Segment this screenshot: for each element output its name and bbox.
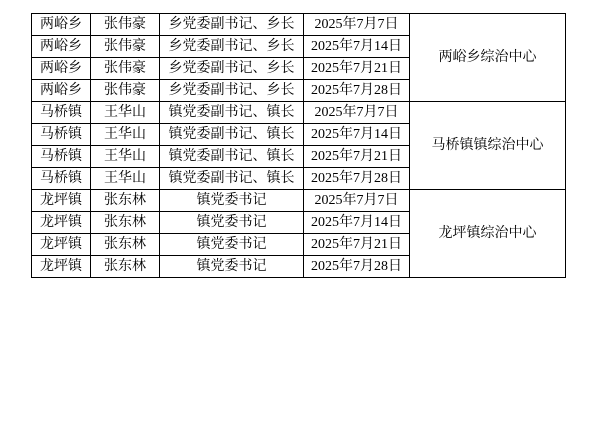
cell-town: 马桥镇 xyxy=(32,102,91,124)
cell-position: 镇党委副书记、镇长 xyxy=(160,102,304,124)
cell-date: 2025年7月28日 xyxy=(304,168,410,190)
cell-position: 乡党委副书记、乡长 xyxy=(160,80,304,102)
cell-position: 镇党委副书记、镇长 xyxy=(160,168,304,190)
cell-position: 乡党委副书记、乡长 xyxy=(160,36,304,58)
cell-center: 两峪乡综治中心 xyxy=(410,14,566,102)
cell-town: 马桥镇 xyxy=(32,124,91,146)
cell-person: 王华山 xyxy=(91,146,160,168)
cell-position: 镇党委副书记、镇长 xyxy=(160,146,304,168)
table-row: 两峪乡 张伟豪 乡党委副书记、乡长 2025年7月7日 两峪乡综治中心 xyxy=(32,14,566,36)
cell-date: 2025年7月14日 xyxy=(304,124,410,146)
cell-town: 两峪乡 xyxy=(32,14,91,36)
cell-position: 镇党委副书记、镇长 xyxy=(160,124,304,146)
cell-date: 2025年7月14日 xyxy=(304,212,410,234)
cell-center: 马桥镇镇综治中心 xyxy=(410,102,566,190)
cell-position: 镇党委书记 xyxy=(160,256,304,278)
cell-position: 镇党委书记 xyxy=(160,234,304,256)
document-page: { "page": { "background_color": "#ffffff… xyxy=(0,0,610,427)
schedule-table: 两峪乡 张伟豪 乡党委副书记、乡长 2025年7月7日 两峪乡综治中心 两峪乡 … xyxy=(31,13,566,278)
table-row: 龙坪镇 张东林 镇党委书记 2025年7月7日 龙坪镇综治中心 xyxy=(32,190,566,212)
cell-town: 马桥镇 xyxy=(32,168,91,190)
cell-person: 张伟豪 xyxy=(91,58,160,80)
cell-town: 两峪乡 xyxy=(32,80,91,102)
cell-town: 龙坪镇 xyxy=(32,234,91,256)
cell-date: 2025年7月7日 xyxy=(304,190,410,212)
cell-position: 镇党委书记 xyxy=(160,190,304,212)
cell-person: 张东林 xyxy=(91,234,160,256)
cell-date: 2025年7月21日 xyxy=(304,234,410,256)
cell-date: 2025年7月28日 xyxy=(304,256,410,278)
cell-date: 2025年7月28日 xyxy=(304,80,410,102)
cell-date: 2025年7月21日 xyxy=(304,58,410,80)
cell-town: 两峪乡 xyxy=(32,36,91,58)
cell-person: 王华山 xyxy=(91,168,160,190)
cell-date: 2025年7月21日 xyxy=(304,146,410,168)
cell-position: 乡党委副书记、乡长 xyxy=(160,58,304,80)
cell-date: 2025年7月7日 xyxy=(304,14,410,36)
cell-person: 张伟豪 xyxy=(91,36,160,58)
cell-center: 龙坪镇综治中心 xyxy=(410,190,566,278)
cell-person: 张伟豪 xyxy=(91,14,160,36)
cell-town: 龙坪镇 xyxy=(32,190,91,212)
table-row: 马桥镇 王华山 镇党委副书记、镇长 2025年7月7日 马桥镇镇综治中心 xyxy=(32,102,566,124)
cell-town: 龙坪镇 xyxy=(32,212,91,234)
cell-person: 张东林 xyxy=(91,190,160,212)
cell-date: 2025年7月14日 xyxy=(304,36,410,58)
cell-town: 龙坪镇 xyxy=(32,256,91,278)
cell-person: 王华山 xyxy=(91,124,160,146)
cell-person: 张伟豪 xyxy=(91,80,160,102)
cell-date: 2025年7月7日 xyxy=(304,102,410,124)
cell-person: 张东林 xyxy=(91,212,160,234)
cell-person: 张东林 xyxy=(91,256,160,278)
cell-town: 两峪乡 xyxy=(32,58,91,80)
cell-person: 王华山 xyxy=(91,102,160,124)
cell-town: 马桥镇 xyxy=(32,146,91,168)
cell-position: 镇党委书记 xyxy=(160,212,304,234)
cell-position: 乡党委副书记、乡长 xyxy=(160,14,304,36)
